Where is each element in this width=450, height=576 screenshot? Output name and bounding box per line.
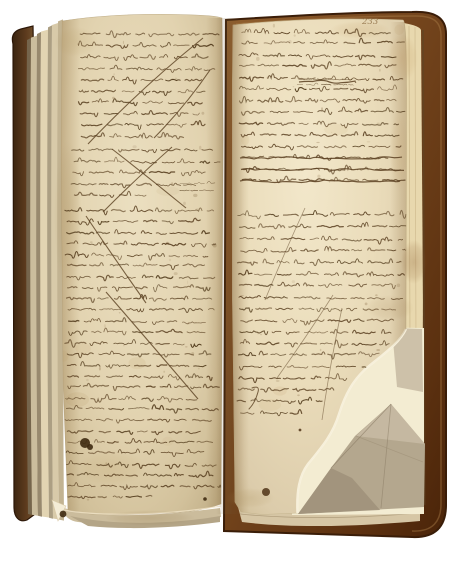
speckle <box>174 272 178 275</box>
speckle <box>375 294 378 296</box>
speckle <box>264 299 268 300</box>
speckle <box>133 145 137 148</box>
speckle <box>123 41 124 44</box>
ink-blot <box>87 444 93 450</box>
speckle <box>320 349 322 351</box>
script-word <box>186 400 197 401</box>
speckle <box>331 132 332 133</box>
speckle <box>365 303 368 306</box>
speckle <box>202 112 205 115</box>
speckle <box>260 334 262 335</box>
open-manuscript-book: 233 <box>0 0 450 576</box>
speckle <box>273 24 275 28</box>
script-word <box>133 332 153 333</box>
speckle <box>163 371 165 373</box>
page-edge-stack <box>26 19 64 520</box>
stain <box>54 27 98 57</box>
speckle <box>379 69 380 72</box>
manuscript-photograph: 233 <box>0 0 450 576</box>
script-word <box>334 88 348 89</box>
stain <box>78 450 146 486</box>
speckle <box>114 73 115 75</box>
ink-blot <box>60 511 67 518</box>
speckle <box>90 241 93 243</box>
speckle <box>317 175 320 178</box>
speckle <box>183 202 186 206</box>
speckle <box>86 379 89 382</box>
speckle <box>297 394 300 396</box>
speckle <box>87 499 90 501</box>
speckle <box>397 284 401 288</box>
speckle <box>213 243 217 247</box>
gutter-shadow <box>216 18 244 514</box>
ink-blot <box>299 429 302 432</box>
script-word <box>316 401 322 402</box>
speckle <box>292 280 295 283</box>
speckle <box>75 343 91 354</box>
script-word <box>203 256 208 257</box>
speckle <box>316 142 319 143</box>
speckle <box>293 86 295 87</box>
speckle <box>394 24 403 35</box>
speckle <box>169 259 171 261</box>
speckle <box>99 367 101 371</box>
speckle <box>119 312 121 313</box>
speckle <box>104 324 106 328</box>
speckle <box>66 392 89 407</box>
speckle <box>129 357 146 369</box>
speckle <box>377 123 380 124</box>
stain <box>105 510 195 526</box>
speckle <box>276 380 280 381</box>
stain <box>390 108 408 192</box>
speckle <box>367 141 371 143</box>
ink-blot <box>262 488 270 496</box>
speckle <box>240 295 244 296</box>
speckle <box>156 186 179 195</box>
speckle <box>256 57 260 61</box>
ink-blot <box>203 497 207 501</box>
speckle <box>123 344 124 346</box>
folio-number: 233 <box>361 17 378 27</box>
script-word <box>98 497 106 498</box>
speckle <box>199 146 201 150</box>
stain <box>54 140 82 290</box>
speckle <box>185 346 188 347</box>
speckle <box>198 368 200 369</box>
stain <box>401 240 427 284</box>
speckle <box>376 349 380 351</box>
speckle <box>294 34 296 36</box>
script-word <box>383 180 405 181</box>
speckle <box>193 194 197 197</box>
script-word <box>397 42 404 43</box>
speckle <box>187 281 188 285</box>
